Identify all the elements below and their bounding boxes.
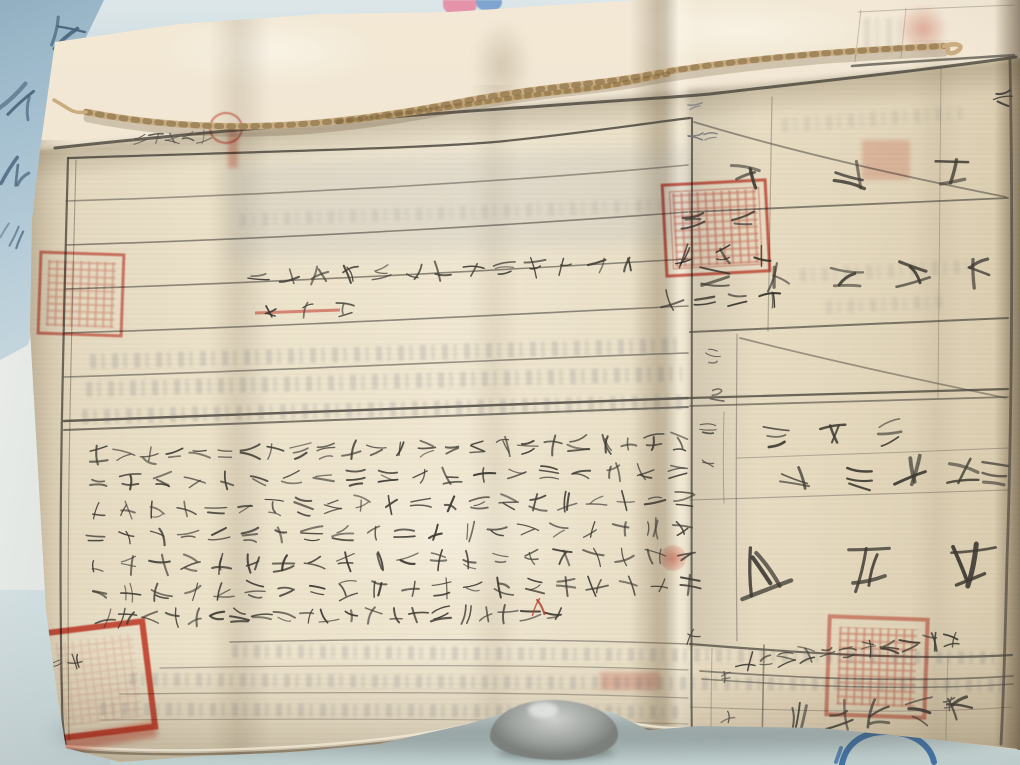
twine-layer: [0, 0, 1020, 765]
foreground-gray-object: [490, 700, 618, 760]
twine-end-left: [54, 100, 86, 113]
photo-of-register-document: 며 国 늰 토: [0, 0, 1020, 765]
register-document: 9-635 忆 22 全羅南道…郡…面…里…番地 戶主 朴 西紀千九百□□年□月…: [0, 0, 1020, 765]
twine-end-right: [944, 44, 960, 53]
